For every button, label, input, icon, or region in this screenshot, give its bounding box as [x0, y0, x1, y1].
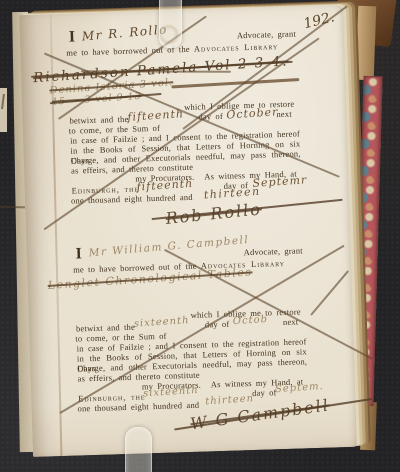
entry2-advocate-grant: Advocate, grant	[244, 245, 303, 257]
fore-edge-tan-bottom	[360, 402, 377, 450]
photograph-of-library-register: 192. I Mr R. Rollo Advocate, grant me to…	[0, 0, 400, 472]
page-holder-strip-bottom	[125, 427, 152, 472]
entry1-signature: Rob Rollo	[165, 201, 263, 227]
fore-edge-tan-top	[356, 6, 377, 81]
entry2-year-word: thirteen	[205, 394, 254, 407]
entry2-restore-month: Octob	[233, 315, 269, 327]
entry1-library-name: Advocates Library	[194, 41, 279, 54]
entry1-next-word: next	[276, 109, 292, 119]
crossout-stroke	[310, 270, 349, 315]
entry1-restore-day: fifteenth	[127, 108, 184, 123]
entry1-restore-month: October	[226, 106, 279, 120]
entry1-pronoun: I	[69, 30, 76, 44]
entry2-dayof-2: day of	[252, 387, 277, 398]
entry2-pronoun: I	[75, 247, 82, 261]
page-holder-strip-top	[159, 0, 182, 48]
page-number: 192.	[302, 10, 336, 31]
entry1-year-word: thirteen	[204, 186, 261, 201]
entry1-advocate-grant: Advocate, grant	[237, 29, 296, 41]
entry2-signed-month: Septem.	[275, 382, 324, 395]
entry1-borrower-name: Mr R. Rollo	[81, 23, 168, 42]
entry2-borrower-name: Mr William G. Campbell	[88, 235, 249, 259]
entry2-restore-day: sixteenth	[134, 316, 190, 330]
entry1-signed-day: fifteenth	[136, 178, 193, 193]
register-page: 192. I Mr R. Rollo Advocate, grant me to…	[19, 5, 357, 457]
entry1-signed-month: Septemr	[252, 174, 307, 189]
entry2-signed-day: sixteenth	[143, 386, 199, 400]
